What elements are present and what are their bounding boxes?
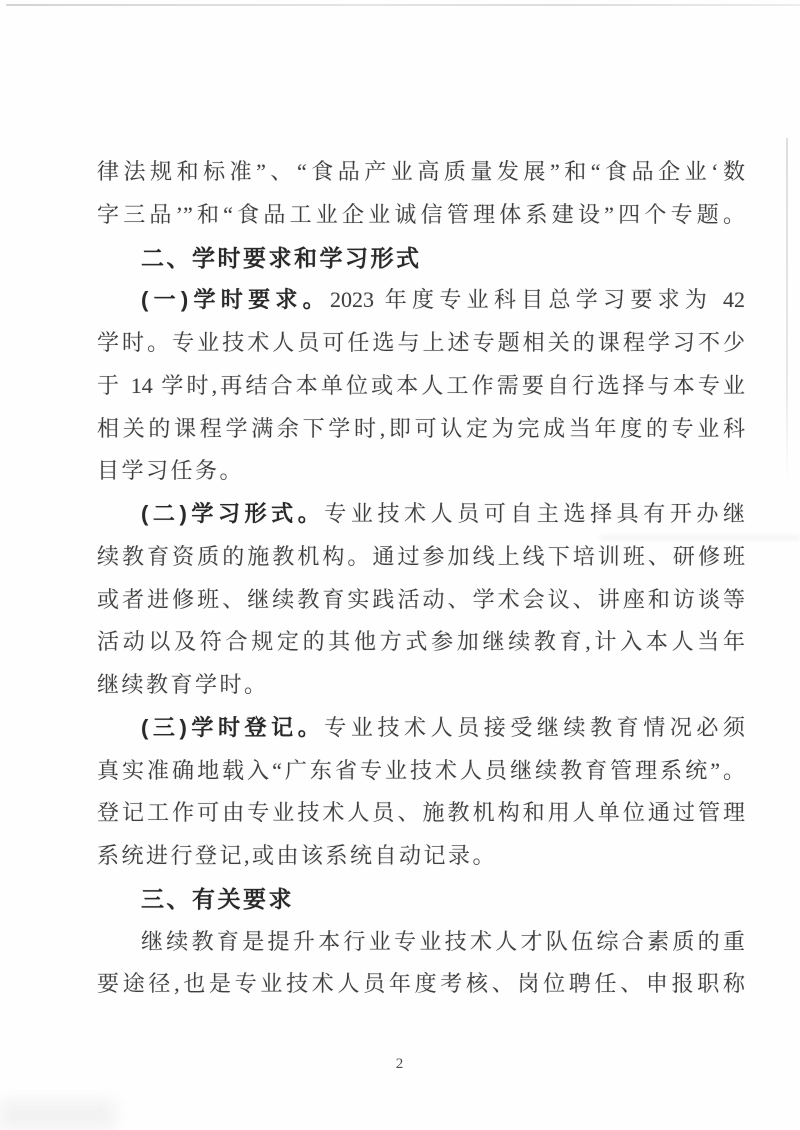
para-3-line-5: 继续教育学时。 <box>97 664 745 707</box>
scan-artifact-right-line <box>786 138 788 483</box>
para-2-line-1: (一)学时要求。2023 年度专业科目总学习要求为 42 <box>97 279 745 322</box>
text-segment: 2023 年度专业科目总学习要求为 42 <box>330 287 745 312</box>
section-heading-3: 三、有关要求 <box>97 878 745 921</box>
para-5-line-2: 要途径,也是专业技术人员年度考核、岗位聘任、申报职称 <box>97 963 745 1006</box>
text-segment: 要途径,也是专业技术人员年度考核、岗位聘任、申报职称 <box>97 971 745 996</box>
text-segment: 相关的课程学满余下学时,即可认定为完成当年度的专业科 <box>97 416 745 441</box>
para-2-line-2: 学时。专业技术人员可任选与上述专题相关的课程学习不少 <box>97 322 745 365</box>
bold-lead-text: (三)学时登记。 <box>141 715 324 740</box>
document-body: 律法规和标准”、“食品产业高质量发展”和“食品企业‘数字三品’”和“食品工业企业… <box>97 151 745 1006</box>
para-4-line-4: 系统进行登记,或由该系统自动记录。 <box>97 835 745 878</box>
bold-lead-text: 二、学时要求和学习形式 <box>141 245 422 271</box>
scan-artifact-bottom-smudge <box>0 1100 115 1130</box>
text-segment: 目学习任务。 <box>97 458 244 483</box>
text-segment: 真实准确地载入“广东省专业技术人员继续教育管理系统”。 <box>97 758 745 783</box>
bold-lead-text: (二)学习形式。 <box>141 501 324 526</box>
bold-lead-text: 三、有关要求 <box>141 886 294 912</box>
scanned-document-page: 律法规和标准”、“食品产业高质量发展”和“食品企业‘数字三品’”和“食品工业企业… <box>0 0 800 1130</box>
page-number: 2 <box>396 1056 405 1072</box>
para-1-line-2: 字三品’”和“食品工业企业诚信管理体系建设”四个专题。 <box>97 194 745 237</box>
text-segment: 专业技术人员可自主选择具有开办继 <box>324 501 745 526</box>
text-segment: 字三品’”和“食品工业企业诚信管理体系建设”四个专题。 <box>97 202 745 227</box>
text-segment: 或者进修班、继续教育实践活动、学术会议、讲座和访谈等 <box>97 587 745 612</box>
text-segment: 律法规和标准”、“食品产业高质量发展”和“食品企业‘数 <box>97 159 745 184</box>
text-segment: 续教育资质的施教机构。通过参加线上线下培训班、研修班 <box>97 544 745 569</box>
text-segment: 专业技术人员接受继续教育情况必须 <box>324 715 745 740</box>
section-heading-2: 二、学时要求和学习形式 <box>97 237 745 280</box>
page-footer: 2 <box>0 1055 800 1073</box>
text-segment: 活动以及符合规定的其他方式参加继续教育,计入本人当年 <box>97 629 745 654</box>
text-segment: 继续教育是提升本行业专业技术人才队伍综合素质的重 <box>141 929 745 954</box>
text-segment: 于 14 学时,再结合本单位或本人工作需要自行选择与本专业 <box>97 373 745 398</box>
text-segment: 系统进行登记,或由该系统自动记录。 <box>97 843 497 868</box>
para-2-line-4: 相关的课程学满余下学时,即可认定为完成当年度的专业科 <box>97 408 745 451</box>
para-5-line-1: 继续教育是提升本行业专业技术人才队伍综合素质的重 <box>97 921 745 964</box>
para-4-line-2: 真实准确地载入“广东省专业技术人员继续教育管理系统”。 <box>97 750 745 793</box>
para-3-line-1: (二)学习形式。专业技术人员可自主选择具有开办继 <box>97 493 745 536</box>
para-2-line-3: 于 14 学时,再结合本单位或本人工作需要自行选择与本专业 <box>97 365 745 408</box>
para-3-line-2: 续教育资质的施教机构。通过参加线上线下培训班、研修班 <box>97 536 745 579</box>
para-4-line-1: (三)学时登记。专业技术人员接受继续教育情况必须 <box>97 707 745 750</box>
text-segment: 继续教育学时。 <box>97 672 269 697</box>
text-segment: 登记工作可由专业技术人员、施教机构和用人单位通过管理 <box>97 800 745 825</box>
para-3-line-4: 活动以及符合规定的其他方式参加继续教育,计入本人当年 <box>97 621 745 664</box>
bold-lead-text: (一)学时要求。 <box>141 287 330 312</box>
para-2-line-5: 目学习任务。 <box>97 450 745 493</box>
scan-artifact-top-line <box>6 4 800 6</box>
para-4-line-3: 登记工作可由专业技术人员、施教机构和用人单位通过管理 <box>97 792 745 835</box>
text-segment: 学时。专业技术人员可任选与上述专题相关的课程学习不少 <box>97 330 745 355</box>
para-1-line-1: 律法规和标准”、“食品产业高质量发展”和“食品企业‘数 <box>97 151 745 194</box>
para-3-line-3: 或者进修班、继续教育实践活动、学术会议、讲座和访谈等 <box>97 579 745 622</box>
